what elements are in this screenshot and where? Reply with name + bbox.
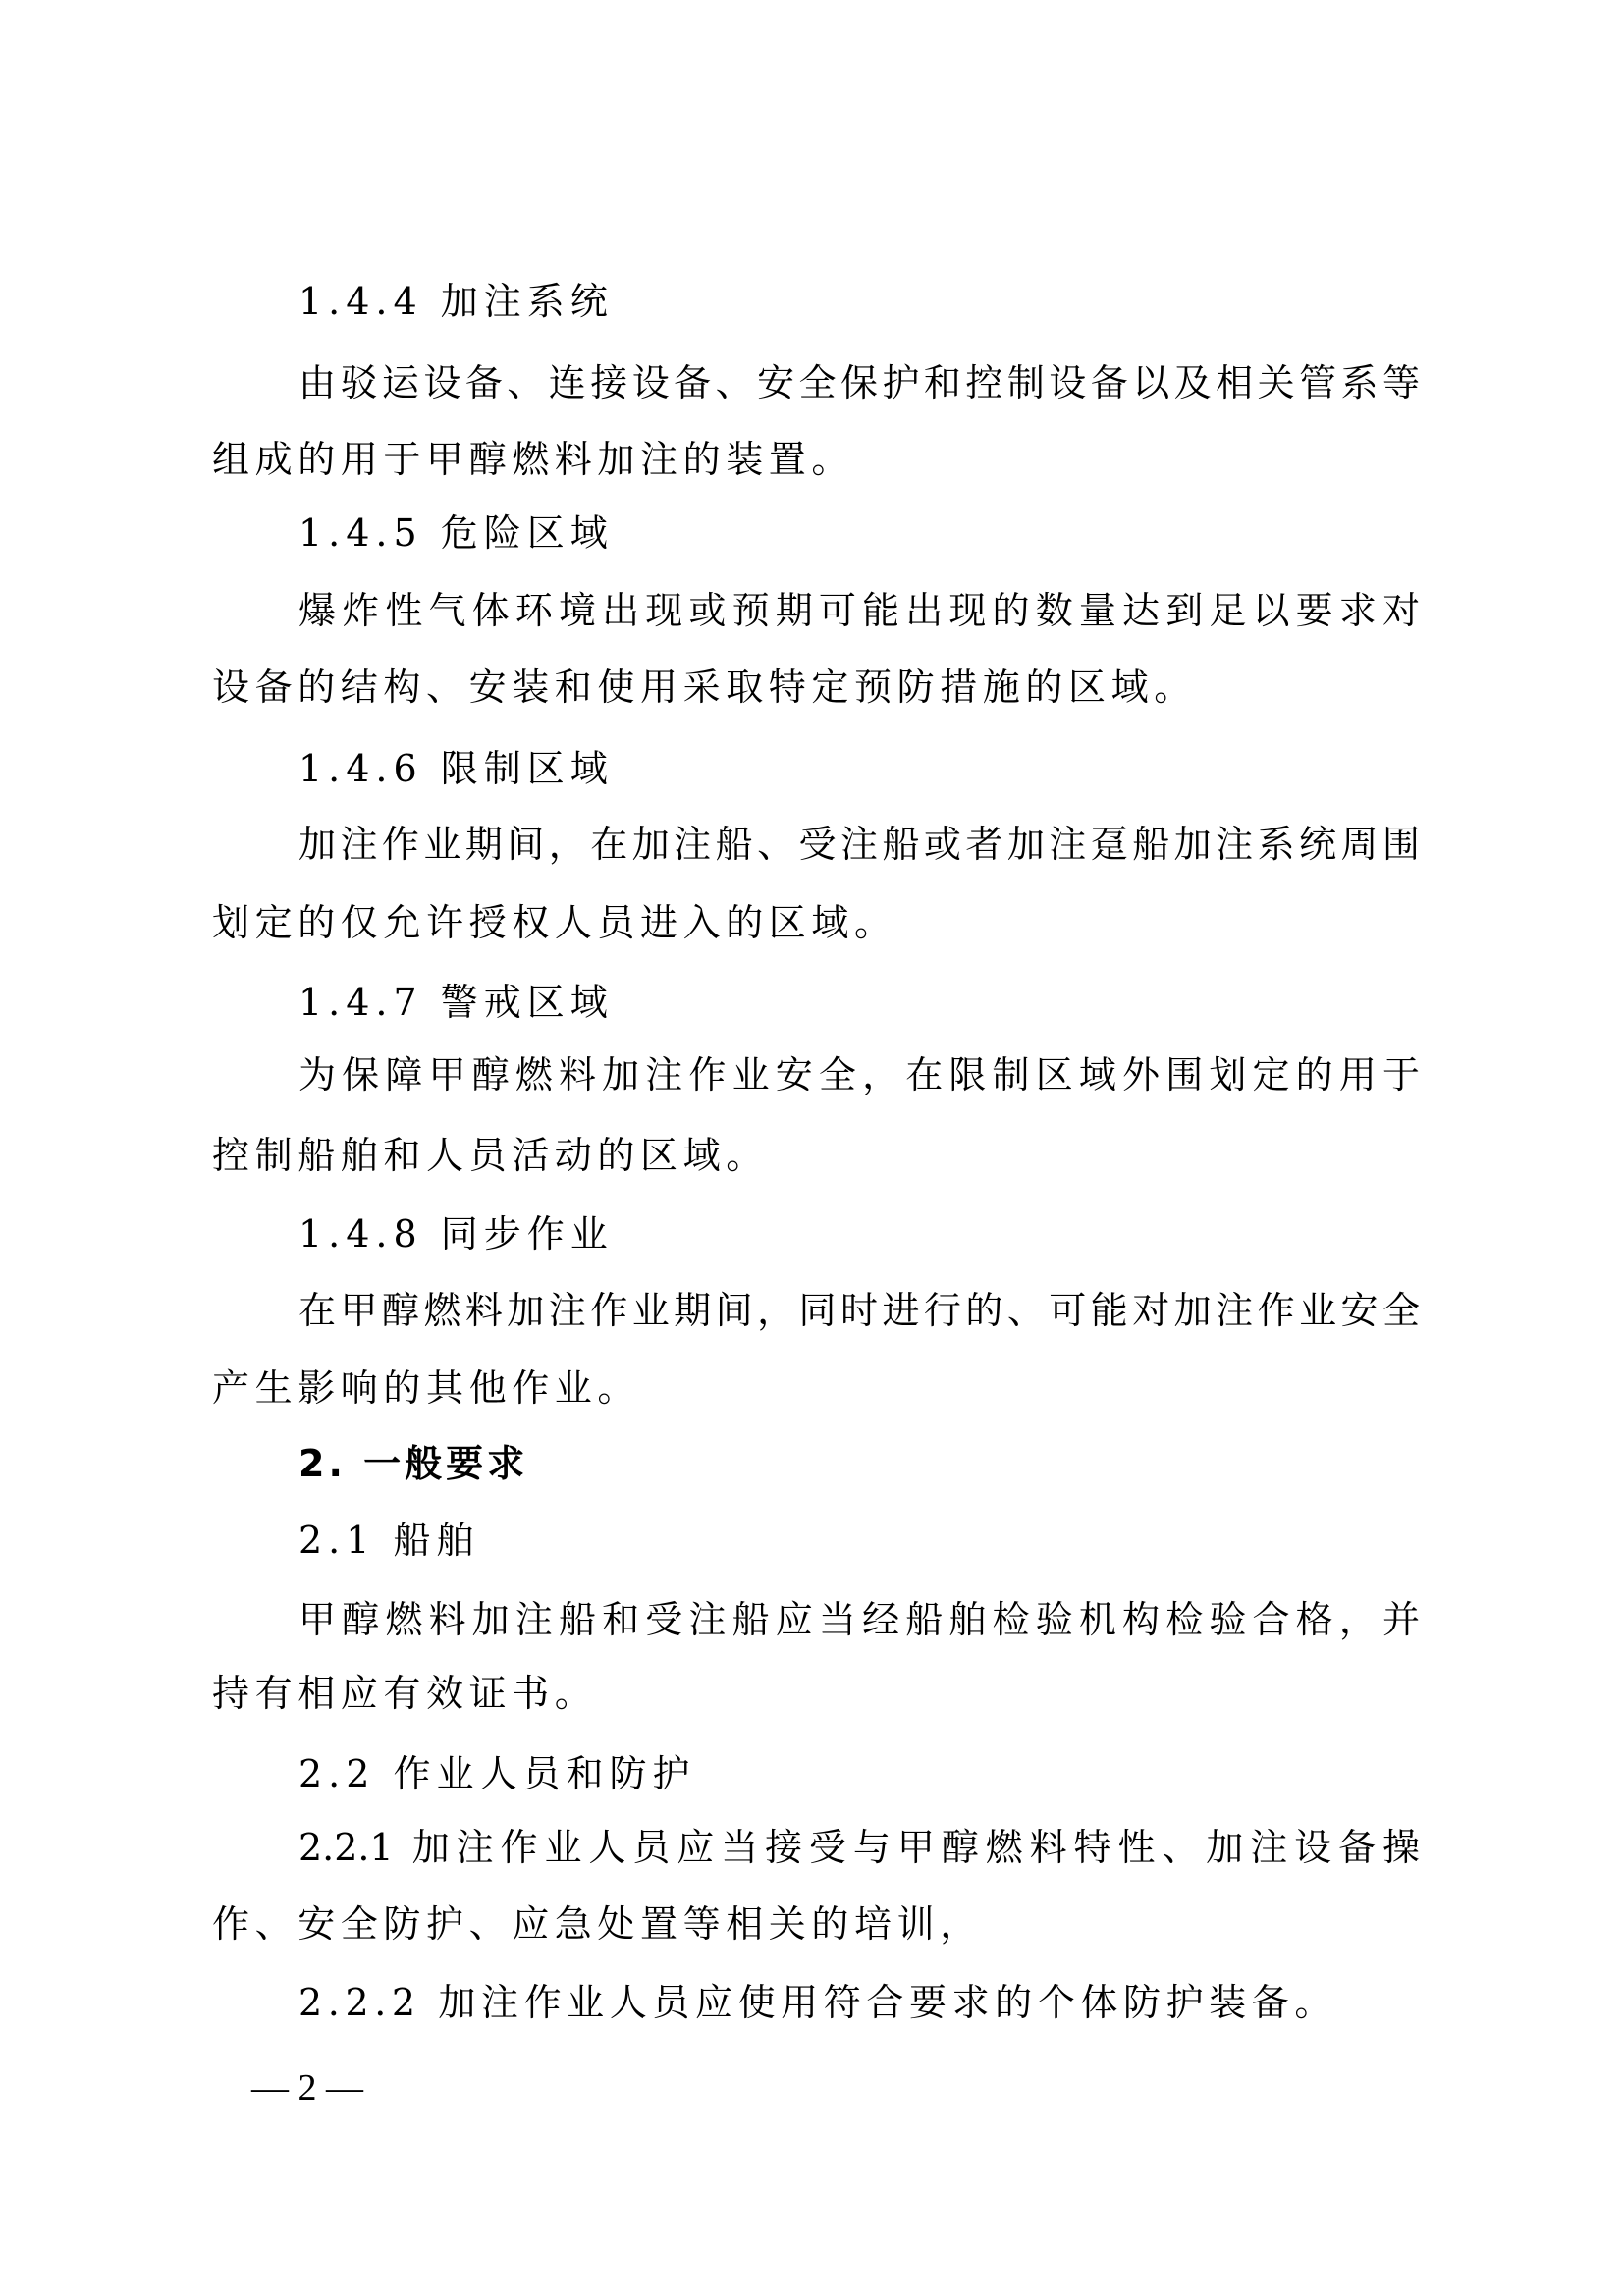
page-number: — 2 — (251, 2066, 363, 2109)
heading-1-4-6: 1.4.6 限制区域 (298, 743, 1420, 794)
paragraph-line: 加注作业期间，在加注船、受注船或者加注趸船加注系统周围 (298, 819, 1420, 870)
heading-1-4-7: 1.4.7 警戒区域 (298, 977, 1420, 1028)
document-page: 1.4.4 加注系统 由驳运设备、连接设备、安全保护和控制设备以及相关管系等 组… (0, 0, 1624, 2296)
section-heading-2: 2. 一般要求 (298, 1438, 1420, 1489)
paragraph-line: 设备的结构、安装和使用采取特定预防措施的区域。 (212, 662, 1420, 713)
paragraph-line: 产生影响的其他作业。 (212, 1362, 1420, 1414)
paragraph-line: 作、安全防护、应急处置等相关的培训， (212, 1898, 1420, 1949)
paragraph-line: 为保障甲醇燃料加注作业安全，在限制区域外围划定的用于 (298, 1049, 1420, 1100)
heading-1-4-8: 1.4.8 同步作业 (298, 1208, 1420, 1259)
heading-1-4-4: 1.4.4 加注系统 (298, 276, 1420, 327)
paragraph-line: 2.2.2 加注作业人员应使用符合要求的个体防护装备。 (298, 1977, 1420, 2028)
heading-2-1: 2.1 船舶 (298, 1515, 1420, 1566)
heading-1-4-5: 1.4.5 危险区域 (298, 507, 1420, 559)
paragraph-line: 控制船舶和人员活动的区域。 (212, 1130, 1420, 1181)
paragraph-line: 组成的用于甲醇燃料加注的装置。 (212, 434, 1420, 485)
paragraph-line: 由驳运设备、连接设备、安全保护和控制设备以及相关管系等 (298, 357, 1420, 408)
heading-2-2: 2.2 作业人员和防护 (298, 1748, 1420, 1799)
paragraph-line: 在甲醇燃料加注作业期间，同时进行的、可能对加注作业安全 (298, 1285, 1420, 1336)
paragraph-line: 持有相应有效证书。 (212, 1668, 1420, 1719)
paragraph-line: 甲醇燃料加注船和受注船应当经船舶检验机构检验合格，并 (298, 1594, 1420, 1645)
paragraph-line: 划定的仅允许授权人员进入的区域。 (212, 897, 1420, 948)
paragraph-line: 2.2.1 加注作业人员应当接受与甲醇燃料特性、加注设备操 (298, 1822, 1420, 1873)
paragraph-line: 爆炸性气体环境出现或预期可能出现的数量达到足以要求对 (298, 585, 1420, 636)
